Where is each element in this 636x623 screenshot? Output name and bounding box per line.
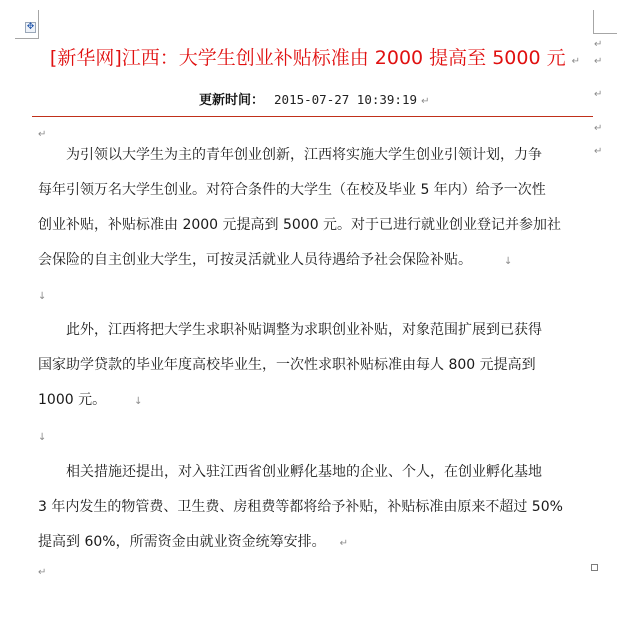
paragraph-line: 会保险的自主创业大学生，可按灵活就业人员待遇给予社会保险补贴。↓: [38, 243, 598, 279]
paragraph-line: 为引领以大学生为主的青年创业创新，江西将实施大学生创业引领计划，力争: [38, 138, 598, 173]
paragraph-mark-icon: ↵: [340, 538, 348, 549]
paragraph-mark-icon: ↵: [421, 96, 429, 107]
crop-mark-top-left-vertical: [38, 10, 39, 38]
line-break-mark-icon: ↓: [504, 256, 512, 267]
paragraph-line: 3 年内发生的物管费、卫生费、房租费等都将给予补贴，补贴标准由原来不超过 50%: [38, 490, 598, 525]
line-break-mark-icon: ↓: [134, 396, 142, 407]
crop-mark-top-left-horizontal: [15, 38, 39, 39]
paragraph-mark-icon: ↵: [594, 57, 602, 67]
update-time-value: 2015-07-27 10:39:19: [274, 92, 417, 107]
crop-mark-top-right-vertical: [593, 10, 594, 34]
article-paragraph-3: 相关措施还提出，对入驻江西省创业孵化基地的企业、个人，在创业孵化基地 3 年内发…: [38, 455, 598, 561]
paragraph-mark-icon: ↵: [572, 56, 580, 67]
article-paragraph-2: 此外，江西将把大学生求职补贴调整为求职创业补贴，对象范围扩展到已获得 国家助学贷…: [38, 313, 598, 419]
paragraph-mark-icon: ↵: [594, 124, 602, 134]
update-time-label: 更新时间：: [199, 93, 264, 108]
paragraph-mark-icon: ↵: [38, 568, 46, 578]
paragraph-line: 提高到 60%，所需资金由就业资金统筹安排。↵: [38, 525, 598, 561]
table-move-handle-icon[interactable]: ✥: [25, 22, 36, 33]
line-break-mark-icon: ↓: [38, 433, 46, 443]
article-title: [新华网]江西：大学生创业补贴标准由 2000 提高至 5000 元 ↵: [0, 46, 636, 74]
end-of-cell-marker-icon: [591, 564, 598, 571]
paragraph-line: 每年引领万名大学生创业。对符合条件的大学生（在校及毕业 5 年内）给予一次性: [38, 173, 598, 208]
crop-mark-top-right-horizontal: [593, 33, 617, 34]
paragraph-line: 相关措施还提出，对入驻江西省创业孵化基地的企业、个人，在创业孵化基地: [38, 455, 598, 490]
paragraph-line: 国家助学贷款的毕业年度高校毕业生，一次性求职补贴标准由每人 800 元提高到: [38, 348, 598, 383]
line-break-mark-icon: ↓: [38, 292, 46, 302]
paragraph-line: 此外，江西将把大学生求职补贴调整为求职创业补贴，对象范围扩展到已获得: [38, 313, 598, 348]
paragraph-line: 创业补贴，补贴标准由 2000 元提高到 5000 元。对于已进行就业创业登记并…: [38, 208, 598, 243]
article-paragraph-1: 为引领以大学生为主的青年创业创新，江西将实施大学生创业引领计划，力争 每年引领万…: [38, 138, 598, 279]
update-time-line: 更新时间：2015-07-27 10:39:19 ↵: [199, 90, 430, 112]
title-text: [新华网]江西：大学生创业补贴标准由 2000 提高至 5000 元: [50, 47, 566, 69]
title-divider: [32, 116, 593, 117]
paragraph-line: 1000 元。↓: [38, 383, 598, 419]
paragraph-mark-icon: ↵: [594, 90, 602, 100]
